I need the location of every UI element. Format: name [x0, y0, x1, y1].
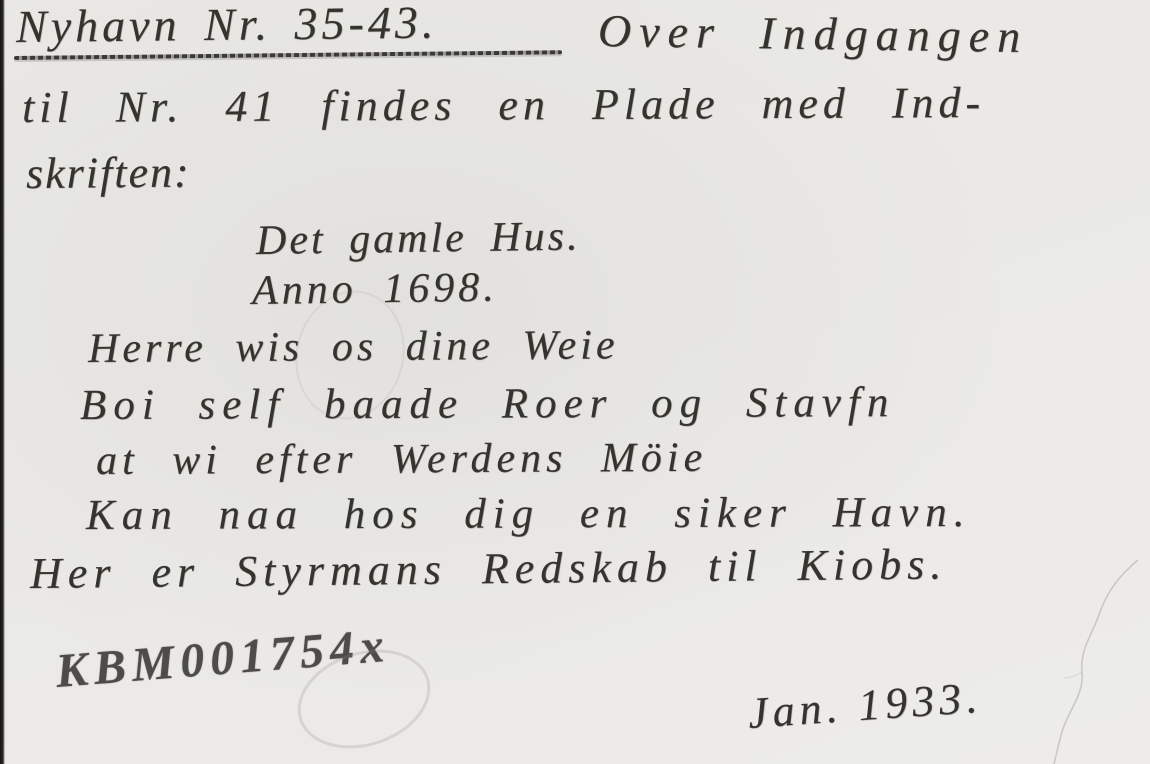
date-annotation: Jan. 1933. — [746, 676, 983, 736]
card-title-continuation: Over Indgangen — [598, 8, 1029, 60]
scan-edge-shadow — [0, 0, 5, 764]
inscription-plate-line-1: Det gamle Hus. — [256, 215, 581, 262]
card-title: Nyhavn Nr. 35-43. — [16, 0, 438, 50]
header-line-2: til Nr. 41 findes en Plade med Ind- — [22, 81, 985, 130]
inscription-verse-line-2: Boi self baade Roer og Stavfn — [80, 381, 895, 427]
inscription-verse-line-3: at wi efter Werdens Möie — [96, 437, 707, 482]
inscription-closing-line: Her er Styrmans Redskab til Kiobs. — [30, 542, 948, 596]
inscription-verse-line-4: Kan naa hos dig en siker Havn. — [86, 491, 972, 537]
header-line-3: skriften: — [26, 151, 191, 196]
archival-card: Nyhavn Nr. 35-43. Over Indgangen til Nr.… — [0, 0, 1150, 764]
title-underline — [14, 50, 562, 60]
